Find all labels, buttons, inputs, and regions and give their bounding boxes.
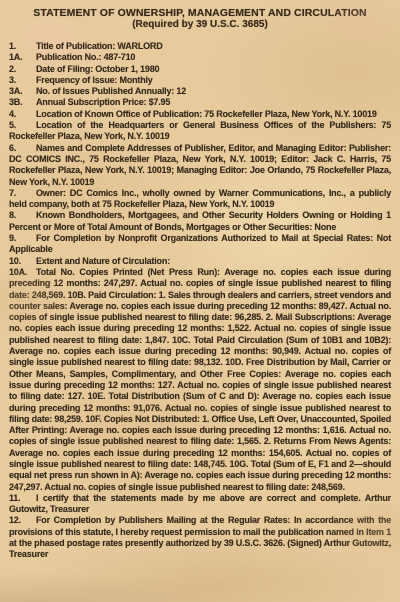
statement-item: 1A.Publication No.: 487-710 [9,52,391,63]
item-number: 2. [9,64,36,75]
item-number: 3B. [9,97,36,108]
item-text: Location of the Headquarters or General … [9,120,391,141]
item-number: 3. [9,75,36,86]
statement-item: 6.Names and Complete Addresses of Publis… [9,143,391,188]
item-number: 5. [9,120,36,131]
item-number: 7. [9,188,36,199]
item-text: No. of Issues Published Annually: 12 [36,86,186,96]
statement-item: 2.Date of Filing: October 1, 1980 [9,64,391,75]
item-text: Publication No.: 487-710 [36,52,135,62]
item-text: Owner: DC Comics Inc., wholly owned by W… [9,188,391,209]
statement-item: 4.Location of Known Office of Publicatio… [9,109,391,120]
item-number: 10A. [9,267,36,278]
statement-item-mailing-permission: 12.For Completion by Publishers Mailing … [9,515,391,560]
document-title: STATEMENT OF OWNERSHIP, MANAGEMENT AND C… [9,7,391,19]
item-text: For Completion by Nonprofit Organization… [9,233,391,254]
scanned-document-page: STATEMENT OF OWNERSHIP, MANAGEMENT AND C… [0,0,400,602]
statement-item-circulation-figures: 10A.Total No. Copies Printed (Net Press … [9,267,391,493]
statement-content: STATEMENT OF OWNERSHIP, MANAGEMENT AND C… [0,0,400,561]
item-text: Total No. Copies Printed (Net Press Run)… [9,267,391,492]
item-number: 11. [9,493,36,504]
statement-item: 1.Title of Publication: WARLORD [9,41,391,52]
item-text: I certify that the statements made by me… [9,493,391,514]
item-text: Names and Complete Addresses of Publishe… [9,143,391,187]
statement-item: 8.Known Bondholders, Mortgagees, and Oth… [9,210,391,233]
item-number: 1. [9,41,36,52]
document-subtitle: (Required by 39 U.S.C. 3685) [9,19,391,31]
item-text: Annual Subscription Price: $7.95 [36,97,170,107]
statement-item-certification: 11.I certify that the statements made by… [9,493,391,516]
item-number: 12. [9,515,36,526]
item-number: 6. [9,143,36,154]
item-number: 3A. [9,86,36,97]
item-text: Title of Publication: WARLORD [36,41,163,51]
statement-item: 9.For Completion by Nonprofit Organizati… [9,233,391,256]
item-text: Extent and Nature of Circulation: [36,256,170,266]
item-number: 1A. [9,52,36,63]
item-number: 10. [9,256,36,267]
statement-item: 3B.Annual Subscription Price: $7.95 [9,97,391,108]
item-text: Date of Filing: October 1, 1980 [36,64,159,74]
statement-item: 7.Owner: DC Comics Inc., wholly owned by… [9,188,391,211]
item-text: Known Bondholders, Mortgagees, and Other… [9,210,391,231]
item-number: 9. [9,233,36,244]
item-text: Location of Known Office of Publication:… [36,109,377,119]
item-number: 4. [9,109,36,120]
item-text: Frequency of Issue: Monthly [36,75,153,85]
statement-item: 3A.No. of Issues Published Annually: 12 [9,86,391,97]
statement-item: 10.Extent and Nature of Circulation: [9,256,391,267]
item-number: 8. [9,210,36,221]
item-text: For Completion by Publishers Mailing at … [9,515,391,559]
statement-item: 3.Frequency of Issue: Monthly [9,75,391,86]
statement-item: 5.Location of the Headquarters or Genera… [9,120,391,143]
